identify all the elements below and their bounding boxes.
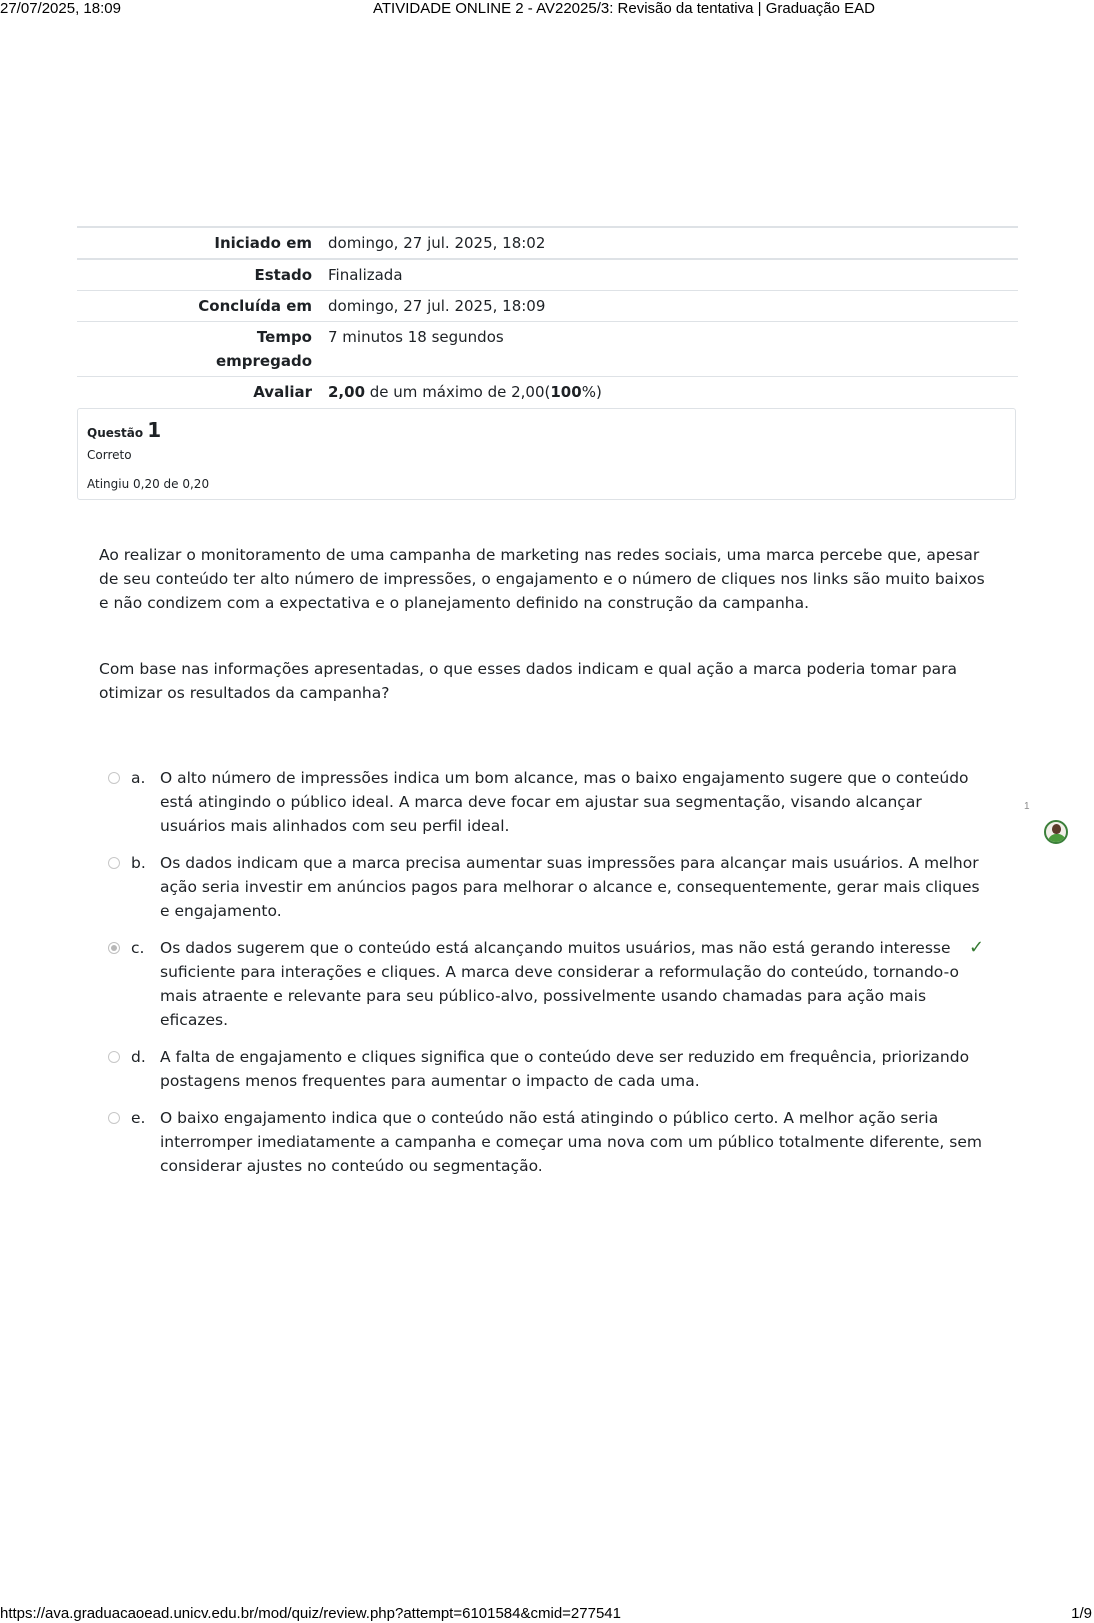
answer-text: A falta de engajamento e cliques signifi…	[160, 1045, 990, 1093]
radio-button[interactable]	[108, 1051, 120, 1063]
attempt-summary-table: Iniciado em domingo, 27 jul. 2025, 18:02…	[77, 226, 1018, 407]
summary-row-time-taken: Tempo empregado 7 minutos 18 segundos	[77, 322, 1018, 377]
grade-percent: 100	[550, 383, 581, 401]
summary-grade-value: 2,00 de um máximo de 2,00(100%)	[320, 377, 1018, 408]
question-info-box: Questão 1 Correto Atingiu 0,20 de 0,20	[77, 408, 1016, 500]
question-state: Correto	[87, 448, 1006, 462]
answer-options: a. O alto número de impressões indica um…	[106, 766, 996, 1191]
answer-letter: e.	[131, 1106, 145, 1130]
question-grade: Atingiu 0,20 de 0,20	[87, 477, 1006, 491]
summary-label: Iniciado em	[77, 227, 320, 259]
summary-value: 7 minutos 18 segundos	[320, 322, 1018, 377]
summary-label: Tempo empregado	[77, 322, 320, 377]
answer-option-c[interactable]: c. Os dados sugerem que o conteúdo está …	[106, 936, 996, 1032]
user-avatar-icon[interactable]	[1044, 820, 1068, 844]
grade-score: 2,00	[328, 383, 365, 401]
answer-option-a[interactable]: a. O alto número de impressões indica um…	[106, 766, 996, 838]
radio-button-selected[interactable]	[108, 942, 120, 954]
radio-button[interactable]	[108, 772, 120, 784]
answer-text: Os dados sugerem que o conteúdo está alc…	[160, 936, 990, 1032]
grade-middle: de um máximo de 2,00(	[365, 383, 550, 401]
summary-row-completed: Concluída em domingo, 27 jul. 2025, 18:0…	[77, 291, 1018, 322]
question-prompt: Com base nas informações apresentadas, o…	[99, 657, 989, 705]
print-datetime: 27/07/2025, 18:09	[0, 0, 121, 17]
answer-text: Os dados indicam que a marca precisa aum…	[160, 851, 990, 923]
answer-option-e[interactable]: e. O baixo engajamento indica que o cont…	[106, 1106, 996, 1178]
summary-row-started: Iniciado em domingo, 27 jul. 2025, 18:02	[77, 227, 1018, 259]
answer-letter: b.	[131, 851, 146, 875]
answer-text: O alto número de impressões indica um bo…	[160, 766, 990, 838]
summary-row-grade: Avaliar 2,00 de um máximo de 2,00(100%)	[77, 377, 1018, 408]
radio-button[interactable]	[108, 1112, 120, 1124]
avatar-head	[1052, 824, 1061, 834]
question-paragraph: Ao realizar o monitoramento de uma campa…	[99, 543, 989, 615]
summary-row-state: Estado Finalizada	[77, 259, 1018, 291]
answer-letter: d.	[131, 1045, 146, 1069]
summary-value: domingo, 27 jul. 2025, 18:09	[320, 291, 1018, 322]
radio-button[interactable]	[108, 857, 120, 869]
summary-value: domingo, 27 jul. 2025, 18:02	[320, 227, 1018, 259]
print-page-number: 1/9	[1071, 1605, 1092, 1622]
grade-suffix: %)	[582, 383, 602, 401]
summary-value: Finalizada	[320, 259, 1018, 291]
print-header: 27/07/2025, 18:09 ATIVIDADE ONLINE 2 - A…	[0, 0, 1094, 18]
side-marker: 1	[1024, 801, 1030, 812]
avatar-body	[1048, 834, 1066, 844]
answer-letter: c.	[131, 936, 144, 960]
question-number-value: 1	[147, 418, 161, 442]
print-url: https://ava.graduacaoead.unicv.edu.br/mo…	[0, 1605, 621, 1622]
question-number: Questão 1	[87, 418, 1006, 442]
answer-option-d[interactable]: d. A falta de engajamento e cliques sign…	[106, 1045, 996, 1093]
question-text: Ao realizar o monitoramento de uma campa…	[99, 543, 989, 705]
correct-check-icon: ✓	[969, 936, 984, 960]
summary-label: Concluída em	[77, 291, 320, 322]
answer-letter: a.	[131, 766, 145, 790]
answer-text: O baixo engajamento indica que o conteúd…	[160, 1106, 990, 1178]
summary-label: Estado	[77, 259, 320, 291]
answer-option-b[interactable]: b. Os dados indicam que a marca precisa …	[106, 851, 996, 923]
summary-label: Avaliar	[77, 377, 320, 408]
print-page-title: ATIVIDADE ONLINE 2 - AV22025/3: Revisão …	[373, 0, 875, 17]
